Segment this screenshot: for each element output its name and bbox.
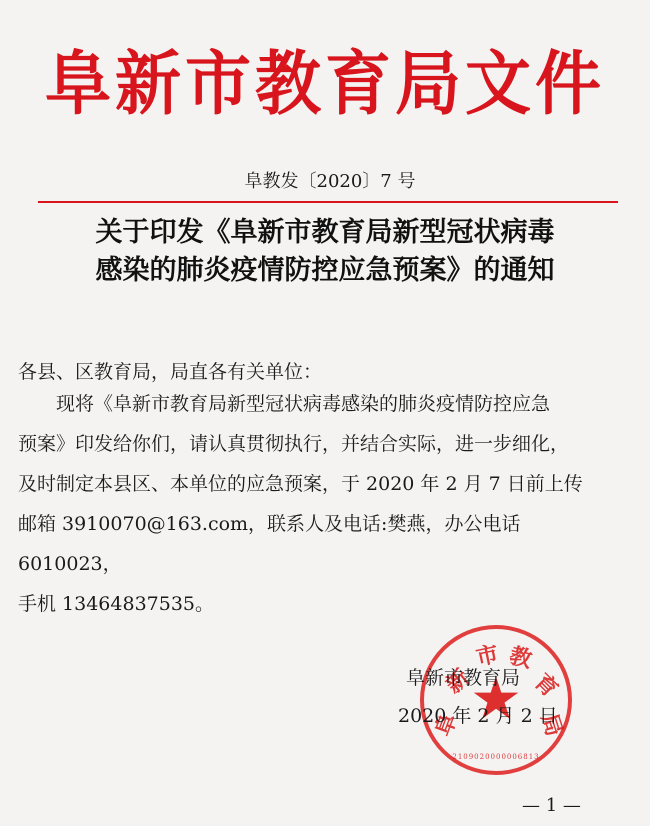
body-line: 预案》印发给你们，请认真贯彻执行，并结合实际，进一步细化， [18,424,630,464]
title-line-2: 感染的肺炎疫情防控应急预案》的通知 [0,252,650,290]
document-masthead: 阜新市教育局文件 [0,28,650,128]
body-line: 及时制定本县区、本单位的应急预案，于 2020 年 2 月 7 日前上传 [18,464,630,504]
document-body: 现将《阜新市教育局新型冠状病毒感染的肺炎疫情防控应急 预案》印发给你们，请认真贯… [18,384,630,624]
page-number: — 1 — [522,795,581,816]
addressee: 各县、区教育局，局直各有关单位： [18,357,322,384]
document-number: 阜教发〔2020〕7 号 [0,167,650,193]
signature-org: 阜新市教育局 [406,663,520,690]
body-line: 现将《阜新市教育局新型冠状病毒感染的肺炎疫情防控应急 [18,384,630,424]
body-line: 手机 13464837535。 [18,584,630,624]
red-divider-rule [38,201,618,203]
official-seal: 阜 新 市 教 育 局 ★ 2109020000006813 [420,625,572,775]
document-title: 关于印发《阜新市教育局新型冠状病毒 感染的肺炎疫情防控应急预案》的通知 [0,214,650,290]
seal-char: 育 [528,666,565,703]
body-line: 邮箱 3910070@163.com，联系人及电话:樊燕，办公电话 601002… [18,504,630,584]
signature-date: 2020 年 2 月 2 日 [398,701,558,728]
title-line-1: 关于印发《阜新市教育局新型冠状病毒 [0,214,650,252]
seal-code: 2109020000006813 [424,753,568,761]
